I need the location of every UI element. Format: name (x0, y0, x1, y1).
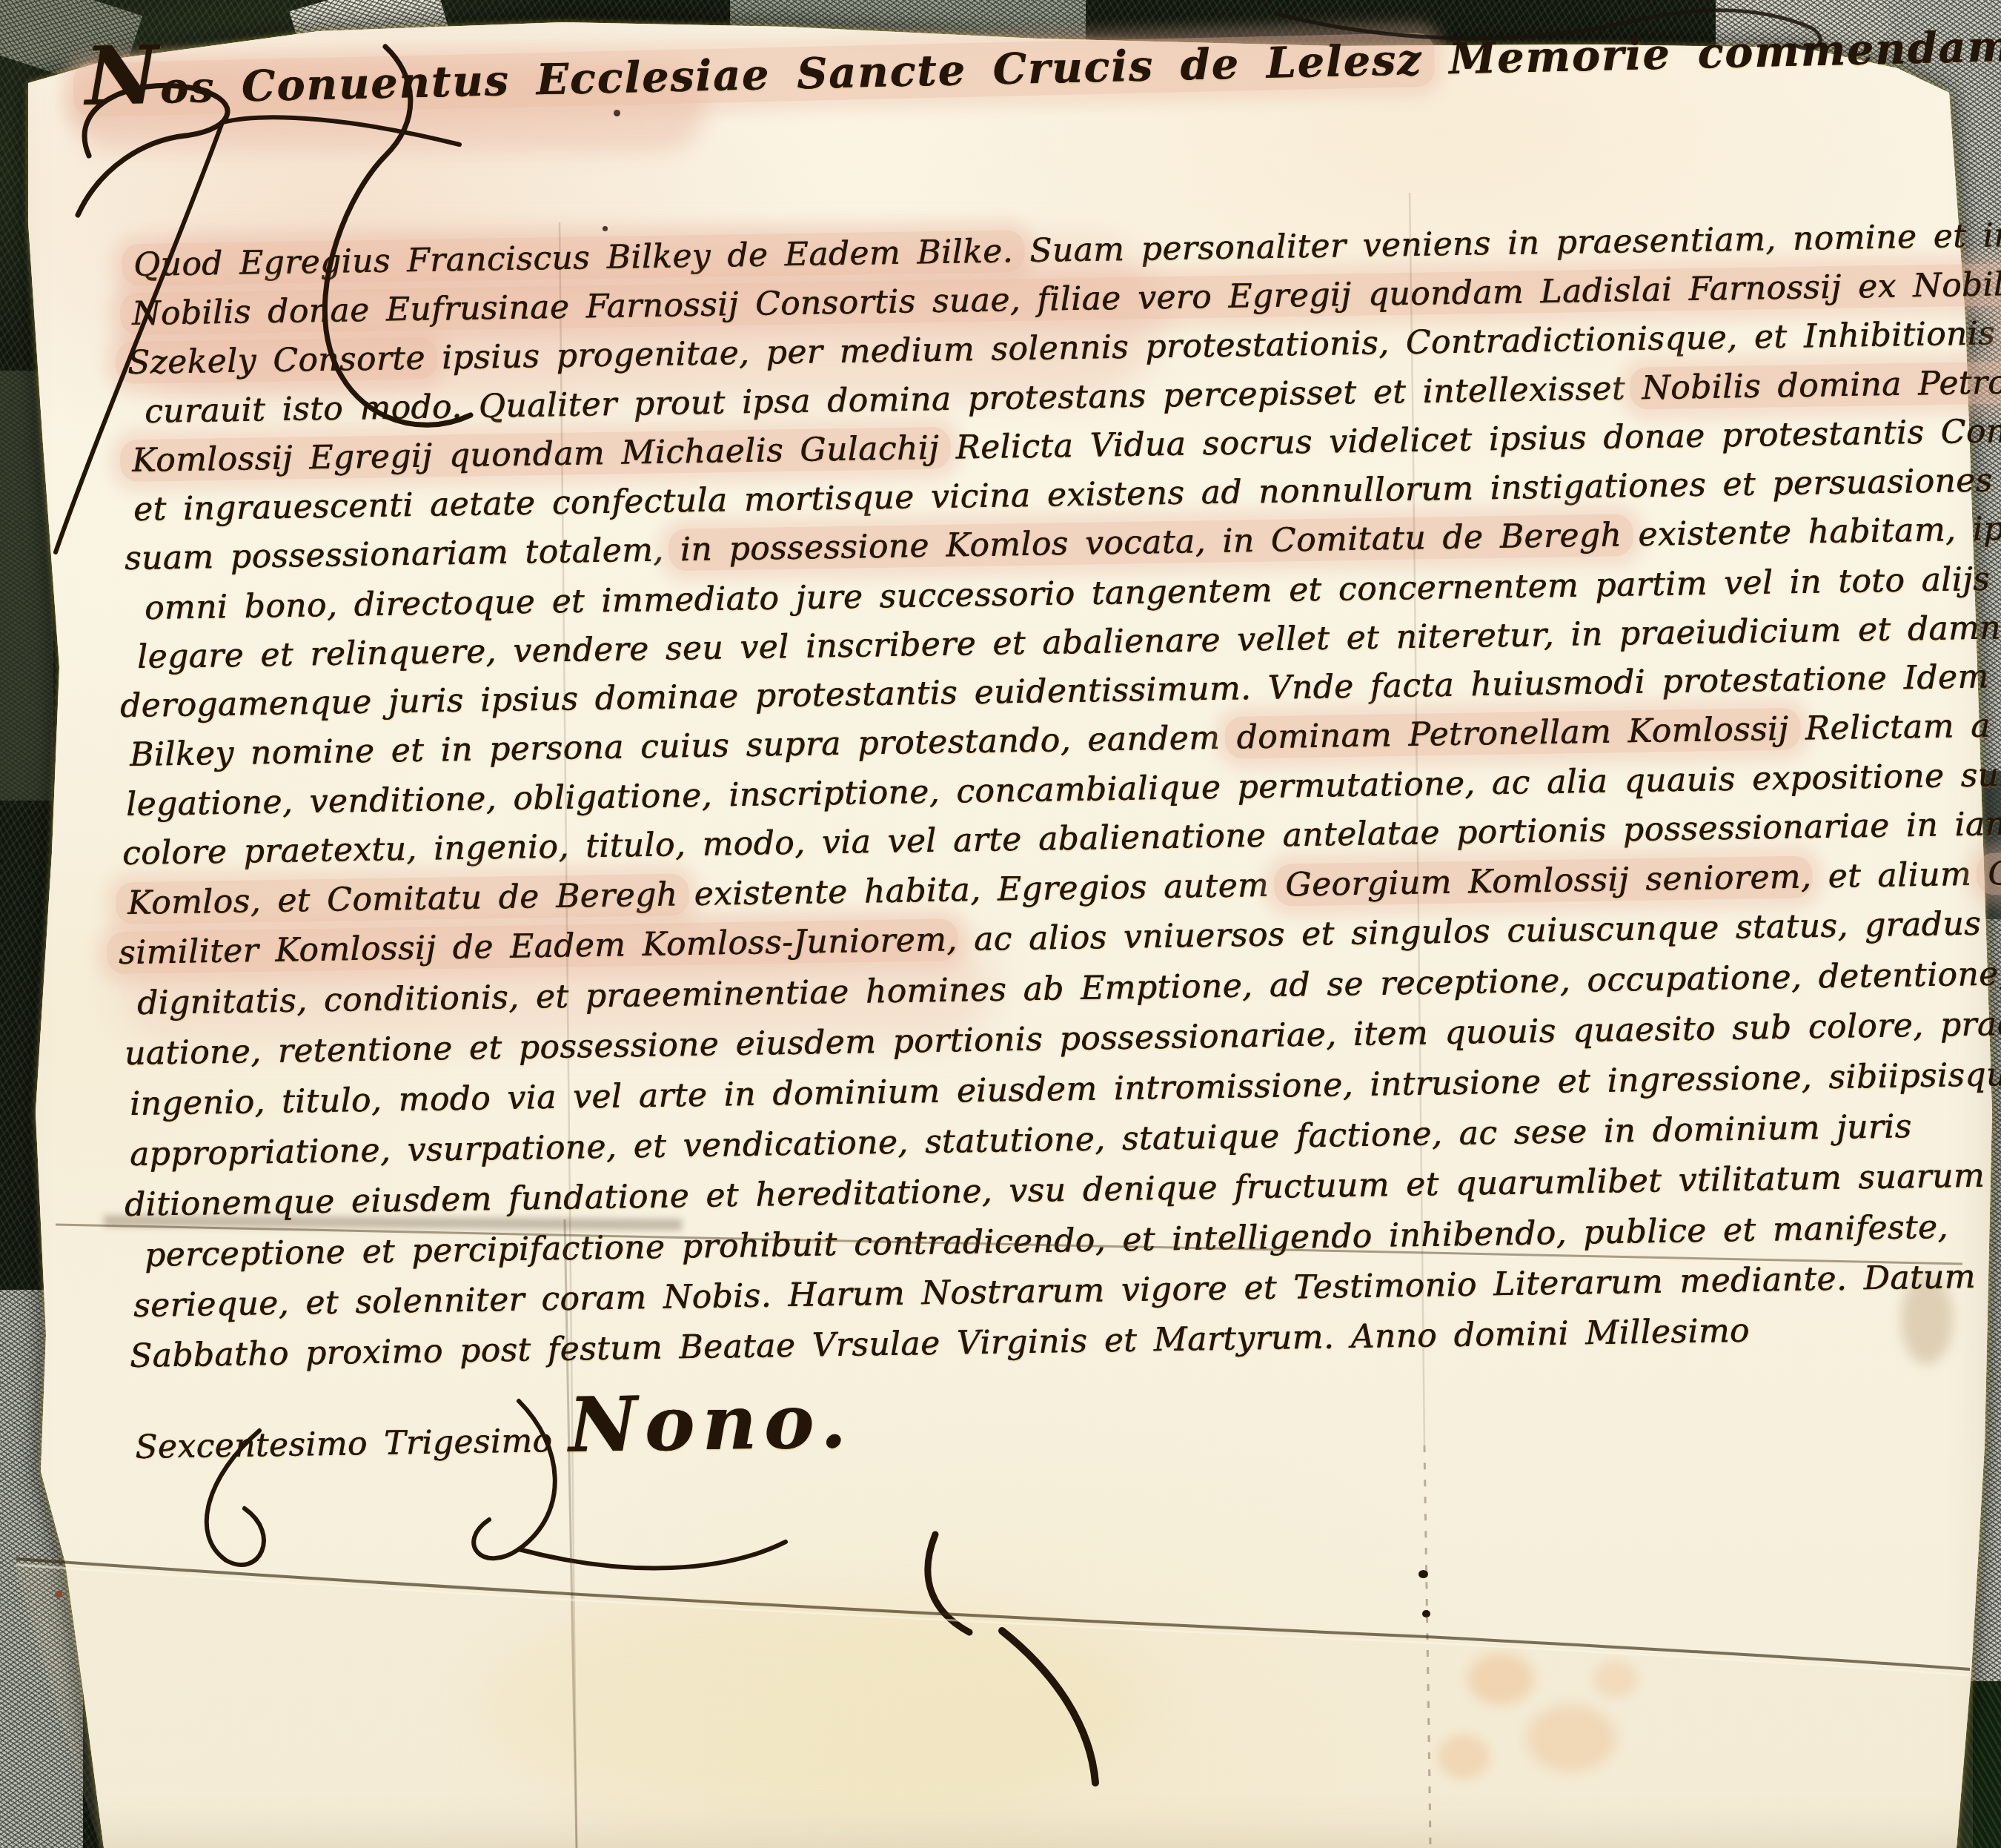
line-text: suam possessionariam totalem, (125, 531, 681, 577)
highlighted-phrase: in possessione Komlos vocata, in Comitat… (668, 514, 1633, 571)
highlighted-phrase: Komlos, et Comitatu de Beregh (116, 873, 690, 924)
line-text: Sexcentesimo Trigesimo (135, 1422, 569, 1466)
line-text: existente habitam, ipsam dominam protest… (1622, 503, 2001, 554)
line-text: Bilkey nomine et in persona cuius supra … (130, 719, 1237, 774)
line-text: , ac alios vniuersos et singulos cuiuscu… (946, 905, 1982, 959)
manuscript-photo: Nos Conuentus Ecclesiae Sancte Crucis de… (0, 0, 2001, 1848)
manuscript-line: Sexcentesimo Trigesimo Nono. (134, 1377, 855, 1476)
charter-title-line: Nos Conuentus Ecclesiae Sancte Crucis de… (84, 10, 2001, 115)
highlighted-phrase: Nos Conuentus Ecclesiae Sancte Crucis de… (73, 33, 1435, 118)
manuscript-lines: Nos Conuentus Ecclesiae Sancte Crucis de… (0, 0, 2001, 1848)
line-text: , et alium (1800, 855, 1988, 896)
highlighted-phrase: Georgium Komlossij seniorem (1273, 855, 1813, 906)
highlighted-phrase: Nobilis domina Petronella (1630, 360, 2001, 410)
line-text: Suam personaliter veniens in praesentiam… (1012, 214, 2001, 270)
highlighted-phrase: similiter Komlossij de Eadem Komloss-Jun… (107, 918, 959, 974)
line-text: Memorie commendamus per praesentes. (1421, 10, 2001, 85)
line-text: Sabbatho proximo post festum Beatae Vrsu… (130, 1312, 1751, 1375)
highlighted-phrase: Szekely Consorte (116, 337, 438, 384)
line-text: Relictam a Testamentaria (1788, 703, 2001, 748)
line-text: Nono. (568, 1377, 854, 1469)
highlighted-phrase: Komlossij Egregij quondam Michaelis Gula… (120, 427, 952, 483)
line-text: existente habita, Egregios autem (677, 866, 1286, 913)
highlighted-phrase: dominam Petronellam Komlossij (1224, 708, 1801, 759)
highlighted-phrase: Quod Egregius Franciscus Bilkey de Eadem… (122, 230, 1026, 286)
manuscript-line: Sabbatho proximo post festum Beatae Vrsu… (130, 1312, 1751, 1375)
